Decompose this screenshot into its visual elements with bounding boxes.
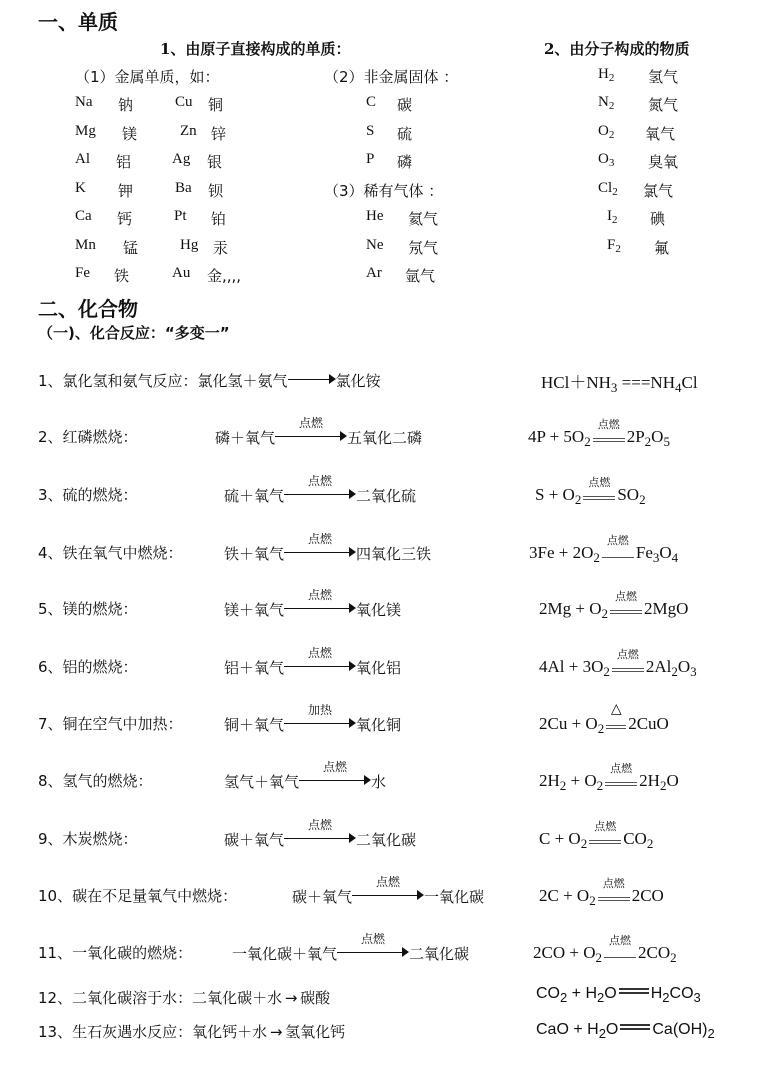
molecule-name: 氮气 <box>648 94 678 115</box>
word-equation: 铝＋氧气点燃氧化铝 <box>224 656 401 678</box>
noble-symbol: He <box>366 208 384 225</box>
noble-name: 氖气 <box>408 237 438 258</box>
metal-name: 铜 <box>208 94 223 115</box>
metal-symbol: K <box>75 180 86 197</box>
metal-name: 铂 <box>211 208 226 229</box>
reaction-product: 碳酸 <box>300 989 330 1007</box>
section-title-compounds: 二、化合物 <box>38 293 138 322</box>
metal-symbol: Al <box>75 151 90 168</box>
reaction-row: 1、氯化氢和氨气反应：氯化氢＋氨气氯化铵 <box>38 369 381 391</box>
reaction-product: 氢氧化钙 <box>285 1023 345 1041</box>
molecule-name: 氟 <box>654 237 669 258</box>
heat-triangle-icon: △ <box>605 701 627 717</box>
arrow-icon <box>364 775 371 785</box>
reaction-label: 5、镁的燃烧： <box>38 600 138 618</box>
metal-name: 铁 <box>114 265 129 286</box>
reaction-row: 12、二氧化碳溶于水：二氧化碳＋水→碳酸 <box>38 987 330 1008</box>
word-equation: 铁＋氧气点燃四氧化三铁 <box>224 542 431 564</box>
arrow-icon <box>402 947 409 957</box>
chemical-equation: 4Al + 3O2点燃2Al2O3 <box>539 656 697 680</box>
combination-reaction-heading: （一)、化合反应：“多变一” <box>38 322 230 343</box>
reaction-row: 8、氢气的燃烧： <box>38 770 153 791</box>
nonmetal-name: 硫 <box>397 123 412 144</box>
chemical-equation: 3Fe + 2O2点燃Fe3O4 <box>529 542 678 566</box>
molecule-name: 碘 <box>650 208 665 229</box>
noble-symbol: Ar <box>366 265 382 282</box>
chemical-equation: S + O2点燃SO2 <box>535 484 646 508</box>
nonmetals-heading: （2）非金属固体 ： <box>324 66 458 87</box>
metal-symbol: Hg <box>180 237 198 254</box>
reaction-row: 9、木炭燃烧： <box>38 828 138 849</box>
molecule-name: 氧气 <box>645 123 675 144</box>
arrow-icon <box>349 833 356 843</box>
word-equation: 镁＋氧气点燃氧化镁 <box>224 598 401 620</box>
chemical-equation: 2Cu + O2△2CuO <box>539 713 669 737</box>
metal-name: 钾 <box>118 180 133 201</box>
arrow-icon <box>349 489 356 499</box>
metal-name: 钡 <box>208 180 223 201</box>
chemical-equation: 2CO + O2点燃2CO2 <box>533 942 677 966</box>
reaction-reactants: 氯化氢＋氨气 <box>198 372 288 390</box>
metal-name: 锌 <box>211 123 226 144</box>
arrow-icon <box>417 890 424 900</box>
word-equation: 碳＋氧气点燃二氧化碳 <box>224 828 416 850</box>
reaction-label: 2、红磷燃烧： <box>38 428 138 446</box>
reaction-label: 3、硫的燃烧： <box>38 486 138 504</box>
metal-name: 铝 <box>116 151 131 172</box>
molecule-name: 臭氧 <box>648 151 678 172</box>
metal-item: Na <box>75 94 93 111</box>
word-equation: 一氧化碳＋氧气点燃二氧化碳 <box>232 942 469 964</box>
reaction-row: 5、镁的燃烧： <box>38 598 138 619</box>
noble-symbol: Ne <box>366 237 384 254</box>
reaction-row: 10、碳在不足量氧气中燃烧： <box>38 885 237 906</box>
molecule-name: 氢气 <box>648 66 678 87</box>
molecule-formula: N2 <box>598 94 614 112</box>
metal-symbol: Ba <box>175 180 192 197</box>
arrow-icon <box>349 661 356 671</box>
arrow-icon: → <box>282 989 300 1007</box>
metals-heading: （1）金属单质，如： <box>75 66 220 87</box>
metal-symbol: Ag <box>172 151 190 168</box>
arrow-icon <box>349 603 356 613</box>
noble-name: 氦气 <box>408 208 438 229</box>
metal-name: 镁 <box>122 123 137 144</box>
reaction-row: 7、铜在空气中加热： <box>38 713 183 734</box>
metal-symbol: Cu <box>175 94 193 111</box>
word-equation: 氢气＋氧气点燃水 <box>224 770 386 792</box>
reaction-label: 7、铜在空气中加热： <box>38 715 183 733</box>
noble-gases-heading: （3）稀有气体 ： <box>324 180 443 201</box>
chemical-equation: CaO + H2OCa(OH)2 <box>536 1021 715 1041</box>
chemical-equation: 2Mg + O2点燃2MgO <box>539 598 688 622</box>
atomic-elements-heading: 1、由原子直接构成的单质： <box>160 38 350 59</box>
molecule-formula: I2 <box>607 208 618 226</box>
noble-name: 氩气 <box>405 265 435 286</box>
reaction-label: 11、一氧化碳的燃烧： <box>38 944 192 962</box>
molecule-formula: H2 <box>598 66 614 84</box>
reaction-label: 12、二氧化碳溶于水： <box>38 989 192 1007</box>
arrow-icon <box>340 431 347 441</box>
reaction-label: 8、氢气的燃烧： <box>38 772 153 790</box>
reaction-reactants: 氧化钙＋水 <box>192 1023 267 1041</box>
metal-name: 钙 <box>117 208 132 229</box>
metal-name: 汞 <box>213 237 228 258</box>
word-equation: 铜＋氧气加热氧化铜 <box>224 713 401 735</box>
arrow-icon <box>349 547 356 557</box>
nonmetal-symbol: S <box>366 123 374 140</box>
reaction-row: 13、生石灰遇水反应：氧化钙＋水→氢氧化钙 <box>38 1021 345 1042</box>
reaction-row: 2、红磷燃烧： <box>38 426 138 447</box>
reaction-label: 13、生石灰遇水反应： <box>38 1023 192 1041</box>
word-equation: 磷＋氧气点燃五氧化二磷 <box>215 426 422 448</box>
metal-symbol: Mg <box>75 123 96 140</box>
reaction-row: 3、硫的燃烧： <box>38 484 138 505</box>
word-equation: 碳＋氧气点燃一氧化碳 <box>292 885 484 907</box>
metal-name: 锰 <box>123 237 138 258</box>
nonmetal-symbol: P <box>366 151 374 168</box>
metal-name: 金,,,, <box>207 265 241 286</box>
arrow-icon: → <box>267 1023 285 1041</box>
arrow-icon <box>288 369 336 387</box>
molecule-formula: F2 <box>607 237 621 255</box>
metal-symbol: Fe <box>75 265 90 282</box>
arrow-icon <box>349 718 356 728</box>
molecule-formula: Cl2 <box>598 180 618 198</box>
chemical-equation: 2C + O2点燃2CO <box>539 885 664 909</box>
reaction-reactants: 二氧化碳＋水 <box>192 989 282 1007</box>
reaction-row: 11、一氧化碳的燃烧： <box>38 942 192 963</box>
metal-name: 银 <box>207 151 222 172</box>
chemical-equation: C + O2点燃CO2 <box>539 828 653 852</box>
molecule-formula: O3 <box>598 151 614 169</box>
chemical-equation: 2H2 + O2点燃2H2O <box>539 770 679 794</box>
metal-symbol: Mn <box>75 237 96 254</box>
molecule-formula: O2 <box>598 123 614 141</box>
reaction-label: 9、木炭燃烧： <box>38 830 138 848</box>
metal-symbol: Pt <box>174 208 187 225</box>
metal-symbol: Au <box>172 265 190 282</box>
reaction-row: 4、铁在氧气中燃烧： <box>38 542 183 563</box>
word-equation: 硫＋氧气点燃二氧化硫 <box>224 484 416 506</box>
molecular-elements-heading: 2、由分子构成的物质 <box>544 38 689 59</box>
reaction-product: 氯化铵 <box>336 372 381 390</box>
chemical-equation: HCl＋NH3 ===NH4Cl <box>541 368 698 396</box>
section-title-elements: 一、单质 <box>38 6 118 35</box>
reaction-label: 6、铝的燃烧： <box>38 658 138 676</box>
reaction-row: 6、铝的燃烧： <box>38 656 138 677</box>
metal-symbol: Zn <box>180 123 197 140</box>
reaction-label: 10、碳在不足量氧气中燃烧： <box>38 887 237 905</box>
nonmetal-name: 磷 <box>397 151 412 172</box>
metal-name: 钠 <box>118 94 133 115</box>
chemical-equation: 4P + 5O2点燃2P2O5 <box>528 426 670 450</box>
molecule-name: 氯气 <box>643 180 673 201</box>
metal-symbol: Ca <box>75 208 92 225</box>
nonmetal-symbol: C <box>366 94 376 111</box>
reaction-label: 1、氯化氢和氨气反应： <box>38 372 198 390</box>
nonmetal-name: 碳 <box>397 94 412 115</box>
reaction-label: 4、铁在氧气中燃烧： <box>38 544 183 562</box>
chemical-equation: CO2 + H2OH2CO3 <box>536 985 701 1005</box>
